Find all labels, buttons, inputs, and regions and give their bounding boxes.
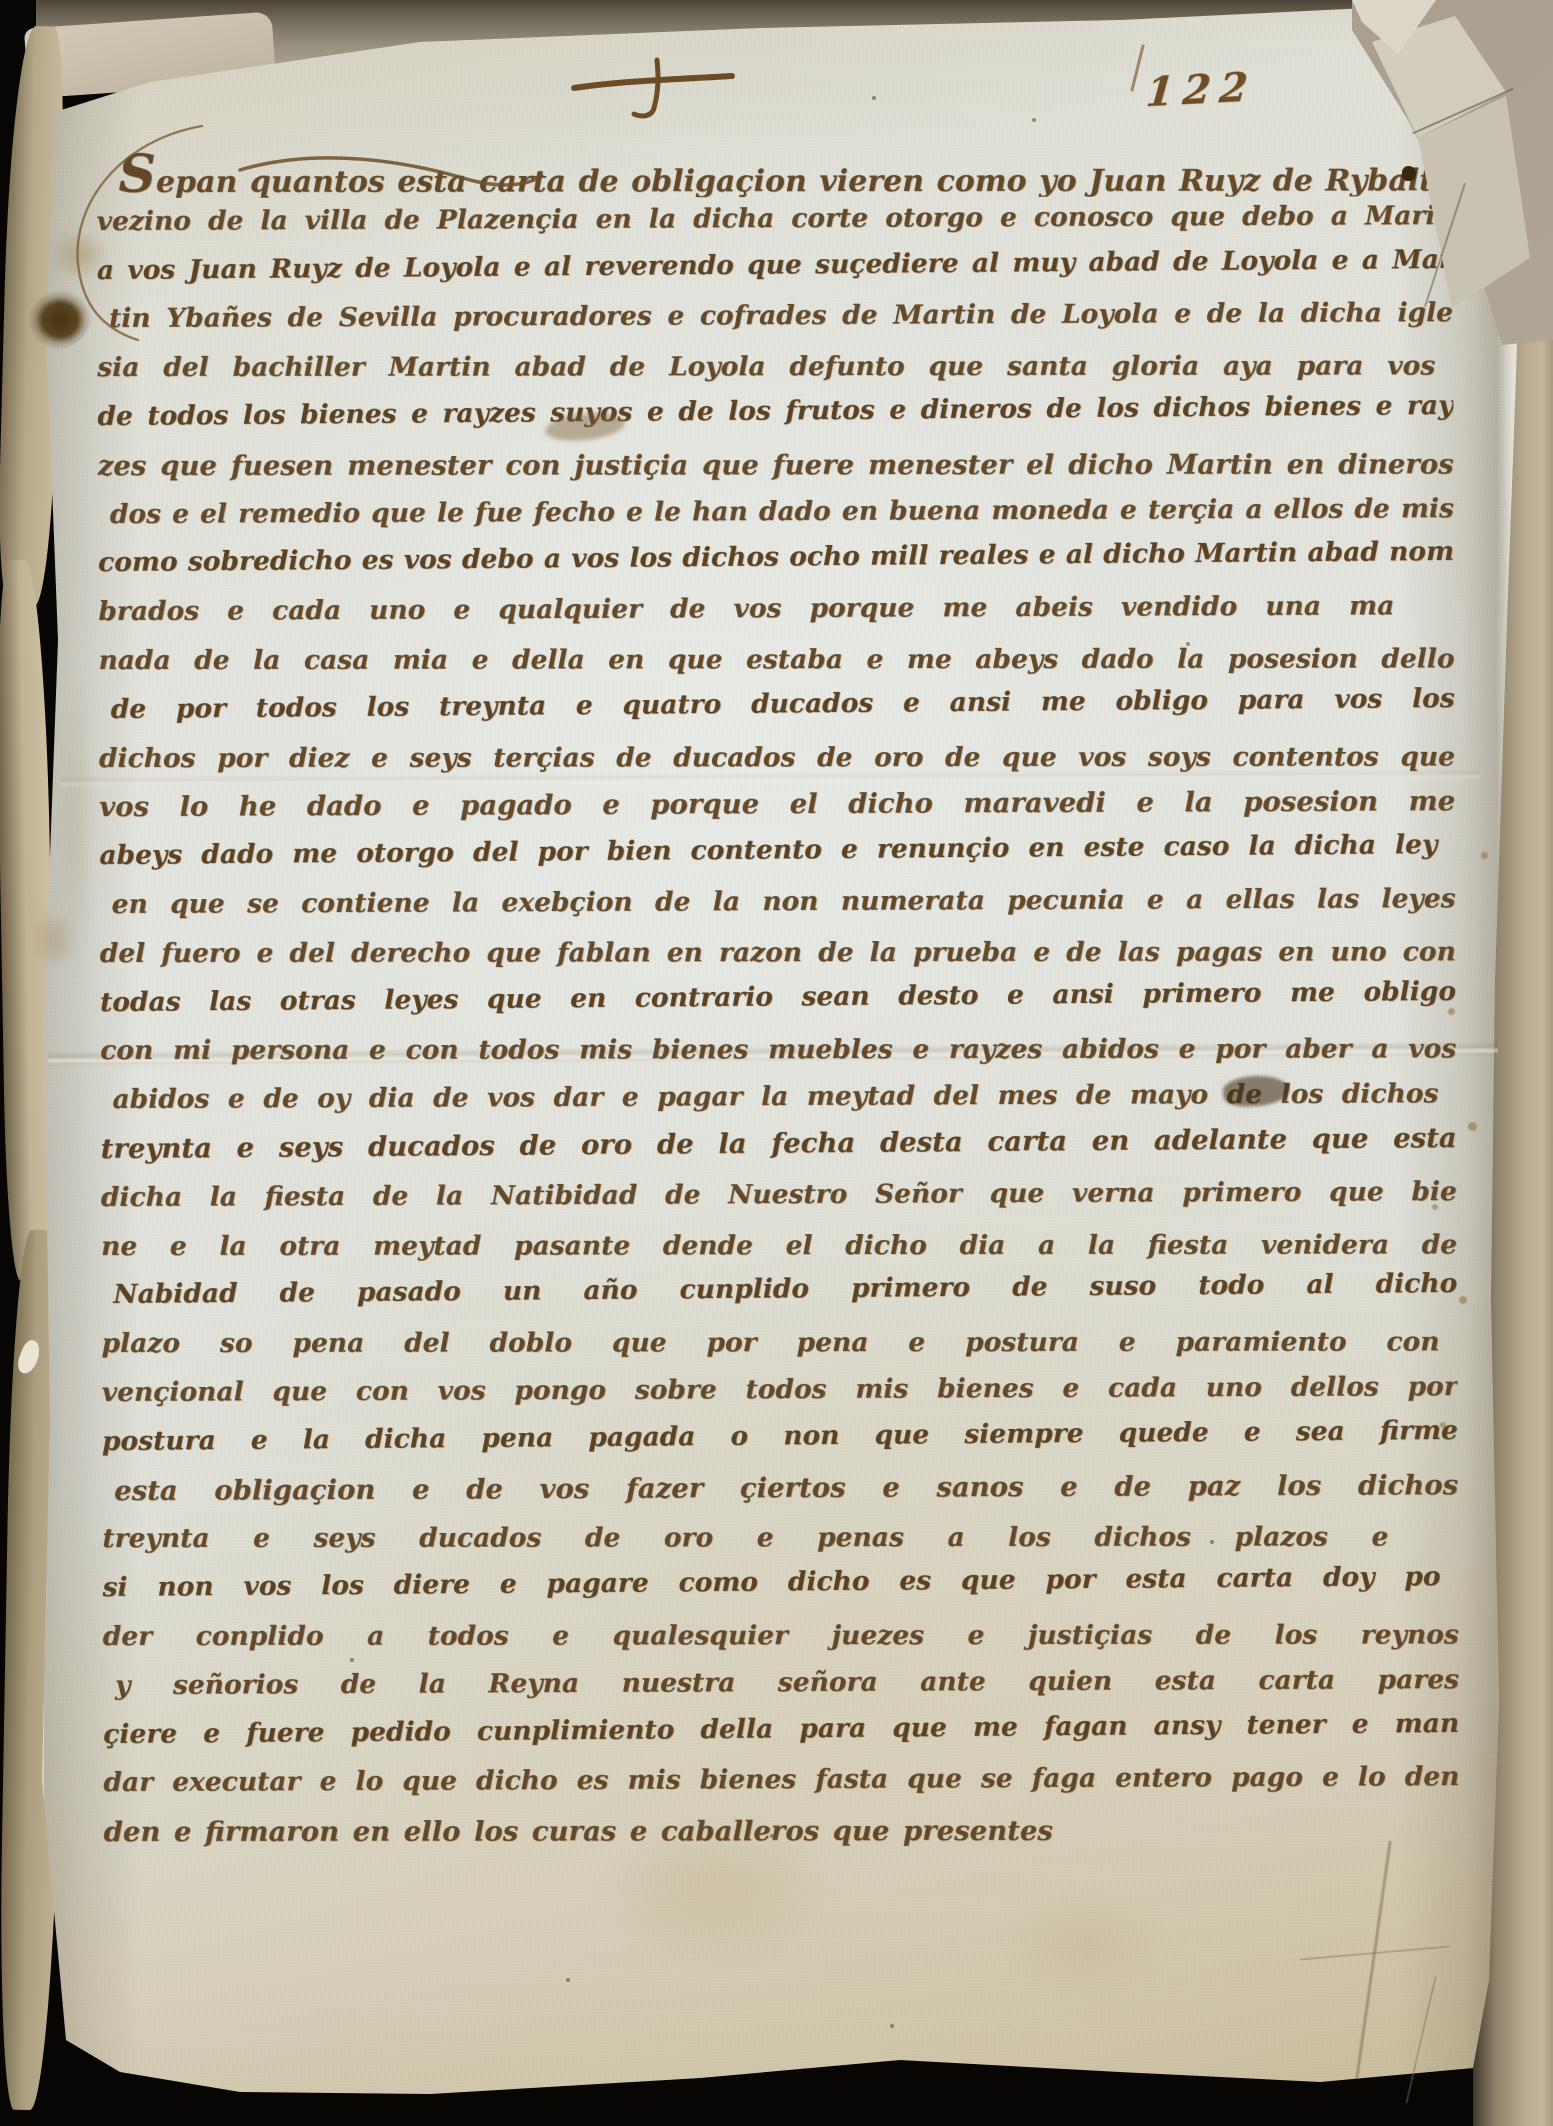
- manuscript-line: como sobredicho es vos debo a vos los di…: [98, 528, 1454, 588]
- manuscript-line: dichos por diez e seys terçias de ducado…: [99, 733, 1455, 783]
- invocation-cross-mark-icon: [560, 50, 750, 130]
- manuscript-line: brados e cada uno e qualquier de vos por…: [98, 582, 1454, 637]
- manuscript-line: plazo so pena del doblo que por pena e p…: [101, 1318, 1457, 1368]
- manuscript-line: treynta e seys ducados de oro de la fech…: [100, 1114, 1456, 1174]
- manuscript-line: postura e la dicha pena pagada o non que…: [102, 1407, 1458, 1467]
- manuscript-line: dicha la fiesta de la Natibidad de Nuest…: [101, 1168, 1457, 1223]
- manuscript-line: zes que fuesen menester con justiçia que…: [98, 440, 1454, 490]
- manuscript-line: den e firmaron en ello los curas e cabal…: [104, 1807, 1071, 1857]
- manuscript-line: tin Ybañes de Sevilla procuradores e cof…: [97, 289, 1453, 344]
- manuscript-line: todas las otras leyes que en contrario s…: [100, 967, 1456, 1027]
- manuscript-line: der conplido a todos e qualesquier jueze…: [103, 1611, 1459, 1661]
- manuscript-line: de por todos los treynta e quatro ducado…: [99, 675, 1455, 735]
- manuscript-line: si non vos los diere e pagare como dicho…: [102, 1553, 1458, 1613]
- manuscript-line: en que se contiene la exebçion de la non…: [99, 875, 1455, 930]
- manuscript-line: esta obligaçion e de vos fazer çiertos e…: [102, 1461, 1458, 1516]
- manuscript-line: çiere e fuere pedido cunplimiento della …: [103, 1699, 1459, 1759]
- manuscript-line: de todos los bienes e rayzes suyos e de …: [97, 382, 1453, 442]
- folio-number: 122: [1144, 63, 1258, 116]
- manuscript-line: Nabidad de pasado un año cunplido primer…: [101, 1260, 1457, 1320]
- manuscript-line: abeys dado me otorgo del por bien conten…: [99, 821, 1455, 881]
- manuscript-text-block: Sepan quantos esta carta de obligaçion v…: [96, 143, 1459, 1857]
- manuscript-line: dar executar e lo que dicho es mis biene…: [103, 1753, 1459, 1808]
- manuscript-scan: 122 Sepan quantos esta carta de obligaçi…: [0, 0, 1553, 2126]
- manuscript-line: con mi persona e con todos mis bienes mu…: [100, 1026, 1456, 1076]
- opening-swash-flourish-icon: [230, 138, 550, 198]
- manuscript-line: a vos Juan Ruyz de Loyola e al reverendo…: [97, 235, 1453, 295]
